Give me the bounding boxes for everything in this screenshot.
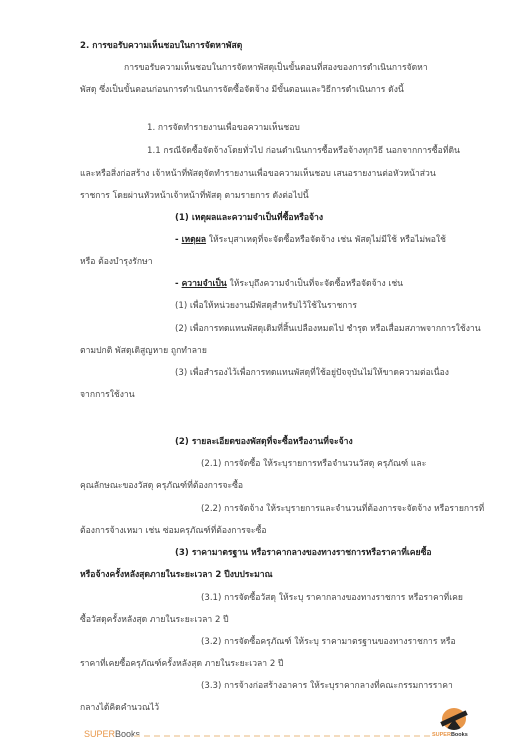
necessity-label: ความจำเป็น bbox=[182, 279, 227, 289]
item-3-title-line-1: (3) ราคามาตรฐาน หรือราคากลางของทางราชการ… bbox=[175, 547, 432, 559]
intro-line-1: การขอรับความเห็นชอบในการจัดหาพัสดุเป็นขั… bbox=[124, 62, 467, 74]
superbooks-logo-icon: SUPERBooks bbox=[430, 708, 480, 742]
logo-text: SUPERBooks bbox=[432, 732, 468, 738]
reason-label: เหตุผล bbox=[182, 235, 207, 245]
para-1-1-line-3: ราชการ โดยผ่านหัวหน้าเจ้าหน้าที่พัสดุ ตา… bbox=[80, 190, 309, 202]
footer-brand-books: Books bbox=[115, 729, 140, 739]
section-heading: 2. การขอรับความเห็นชอบในการจัดหาพัสดุ bbox=[80, 40, 242, 52]
item-2-1-line-1: (2.1) การจัดซื้อ ให้ระบุรายการหรือจำนวนว… bbox=[201, 458, 426, 470]
item-3-2-line-1: (3.2) การจัดซื้อครุภัณฑ์ ให้ระบุ ราคามาต… bbox=[201, 636, 456, 648]
subsection-title: 1. การจัดทำรายงานเพื่อขอความเห็นชอบ bbox=[147, 122, 300, 134]
necessity-line: - ความจำเป็น ให้ระบุถึงความจำเป็นที่จะจั… bbox=[175, 278, 403, 290]
item-3-1-line-1: (3.1) การจัดซื้อวัสดุ ให้ระบุ ราคากลางขอ… bbox=[201, 592, 463, 604]
footer-divider bbox=[134, 735, 430, 737]
necessity-text: ให้ระบุถึงความจำเป็นที่จะจัดซื้อหรือจัดจ… bbox=[227, 279, 403, 289]
footer-brand: SUPERBooks bbox=[84, 729, 140, 739]
need-item-3-cont: จากการใช้งาน bbox=[80, 389, 135, 401]
item-3-3-line-1: (3.3) การจ้างก่อสร้างอาคาร ให้ระบุราคากล… bbox=[201, 680, 453, 692]
item-2-1-line-2: คุณลักษณะของวัสดุ ครุภัณฑ์ที่ต้องการจะซื… bbox=[80, 480, 243, 492]
item-2-2-line-2: ต้องการจ้างเหมา เช่น ซ่อมครุภัณฑ์ที่ต้อง… bbox=[80, 525, 267, 537]
item-2-title: (2) รายละเอียดของพัสดุที่จะซื้อหรืองานที… bbox=[175, 436, 353, 448]
item-1-title: (1) เหตุผลและความจำเป็นที่ซื้อหรือจ้าง bbox=[175, 212, 323, 224]
para-1-1-line-1: 1.1 กรณีจัดซื้อจัดจ้างโดยทั่วไป ก่อนดำเน… bbox=[147, 145, 460, 157]
footer-brand-super: SUPER bbox=[84, 729, 115, 739]
item-3-1-line-2: ซื้อวัสดุครั้งหลังสุด ภายในระยะเวลา 2 ปี bbox=[80, 614, 229, 626]
document-page: 2. การขอรับความเห็นชอบในการจัดหาพัสดุ กา… bbox=[0, 0, 517, 752]
intro-line-2: พัสดุ ซึ่งเป็นขั้นตอนก่อนการดำเนินการจัด… bbox=[80, 84, 404, 96]
item-2-2-line-1: (2.2) การจัดจ้าง ให้ระบุรายการและจำนวนที… bbox=[201, 503, 484, 515]
item-3-3-line-2: กลางได้คิดคำนวณไว้ bbox=[80, 702, 159, 714]
item-3-2-line-2: ราคาที่เคยซื้อครุภัณฑ์ครั้งหลังสุด ภายใน… bbox=[80, 658, 284, 670]
need-item-2-cont: ตามปกติ พัสดุเดิสูญหาย ถูกทำลาย bbox=[80, 345, 207, 357]
para-1-1-line-2: และหรือสิ่งก่อสร้าง เจ้าหน้าที่พัสดุจัดท… bbox=[80, 168, 436, 180]
item-3-title-line-2: หรือจ้างครั้งหลังสุดภายในระยะเวลา 2 ปีงบ… bbox=[80, 569, 273, 581]
need-item-3: (3) เพื่อสำรองไว้เพื่อการทดแทนพัสดุที่ใช… bbox=[175, 367, 449, 379]
need-item-2: (2) เพื่อการทดแทนพัสดุเดิมที่สิ้นเปลืองห… bbox=[175, 323, 481, 335]
reason-line: - เหตุผล ให้ระบุสาเหตุที่จะจัดซื้อหรือจั… bbox=[175, 234, 446, 246]
logo-text-books: Books bbox=[451, 732, 468, 738]
reason-continuation: หรือ ต้องบำรุงรักษา bbox=[80, 256, 153, 268]
reason-text: ให้ระบุสาเหตุที่จะจัดซื้อหรือจัดจ้าง เช่… bbox=[206, 235, 446, 245]
need-item-1: (1) เพื่อให้หน่วยงานมีพัสดุสำหรับไว้ใช้ใ… bbox=[175, 300, 357, 312]
logo-text-super: SUPER bbox=[432, 732, 451, 738]
